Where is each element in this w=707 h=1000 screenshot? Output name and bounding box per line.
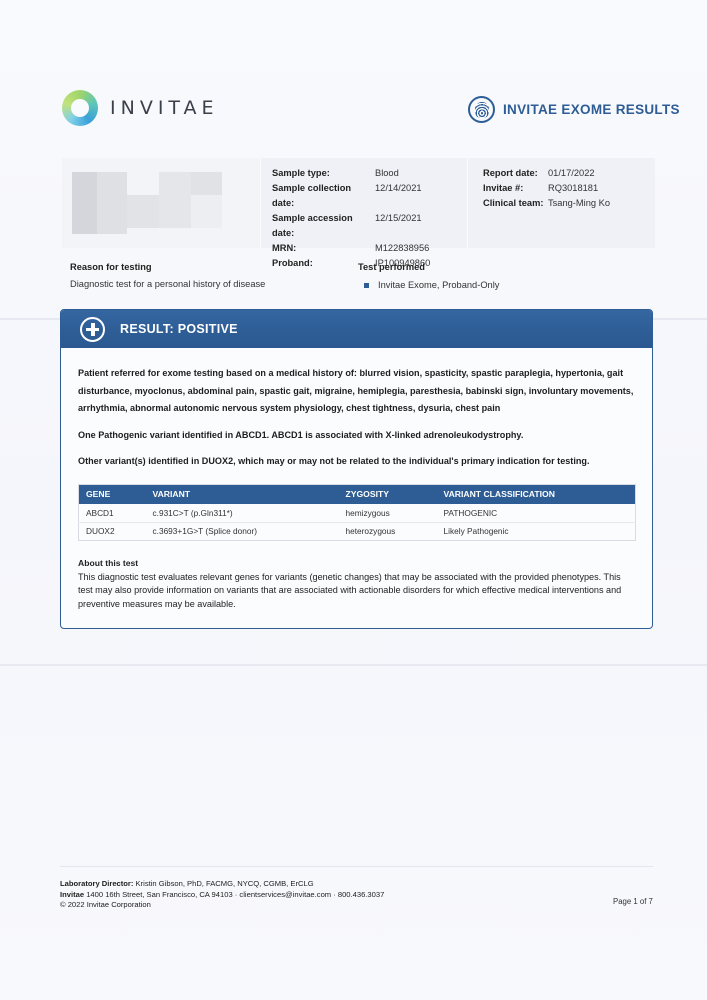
info-row: Report date:01/17/2022	[483, 166, 655, 181]
logo-text: INVITAE	[110, 97, 219, 119]
cell-zygosity: heterozygous	[339, 522, 437, 540]
invitae-ring-icon	[62, 90, 98, 126]
result-secondary-finding: Other variant(s) identified in DUOX2, wh…	[78, 453, 635, 471]
table-row: ABCD1 c.931C>T (p.Gln311*) hemizygous PA…	[79, 504, 636, 522]
footer: Laboratory Director: Kristin Gibson, PhD…	[60, 879, 384, 911]
plus-circle-icon	[80, 317, 105, 342]
test-performed-item: Invitae Exome, Proband-Only	[364, 280, 499, 290]
result-summary: Patient referred for exome testing based…	[78, 365, 635, 418]
info-row: Sample accession date:12/15/2021	[272, 211, 467, 241]
company-address: Invitae 1400 16th Street, San Francisco,…	[60, 890, 384, 901]
result-body: Patient referred for exome testing based…	[61, 348, 652, 611]
report-info: Report date:01/17/2022 Invitae #:RQ30181…	[467, 158, 655, 248]
info-row: MRN:M122838956	[272, 241, 467, 256]
bullet-icon	[364, 283, 369, 288]
info-row: Invitae #:RQ3018181	[483, 181, 655, 196]
reason-label: Reason for testing	[70, 262, 152, 272]
variants-table: GENE VARIANT ZYGOSITY VARIANT CLASSIFICA…	[78, 484, 636, 541]
report-page: INVITAE INVITAE EXOME RESULTS Sample typ…	[0, 0, 707, 1000]
about-label: About this test	[78, 558, 635, 568]
header-variant: VARIANT	[146, 484, 339, 504]
reason-text: Diagnostic test for a personal history o…	[70, 279, 265, 289]
redacted-patient-name	[62, 158, 260, 248]
result-header: RESULT: POSITIVE	[61, 310, 652, 348]
fingerprint-icon	[468, 96, 495, 123]
about-text: This diagnostic test evaluates relevant …	[78, 571, 635, 612]
header-classification: VARIANT CLASSIFICATION	[437, 484, 636, 504]
cell-zygosity: hemizygous	[339, 504, 437, 522]
cell-gene: DUOX2	[79, 522, 146, 540]
header-gene: GENE	[79, 484, 146, 504]
paper-fold-line	[0, 664, 707, 666]
footer-divider	[60, 866, 653, 867]
page-number: Page 1 of 7	[613, 897, 653, 906]
lab-director: Laboratory Director: Kristin Gibson, PhD…	[60, 879, 384, 890]
patient-info-panel: Sample type:Blood Sample collection date…	[62, 158, 655, 248]
invitae-logo: INVITAE	[62, 90, 219, 126]
result-title: RESULT: POSITIVE	[120, 322, 238, 336]
cell-classification: PATHOGENIC	[437, 504, 636, 522]
result-primary-finding: One Pathogenic variant identified in ABC…	[78, 427, 635, 445]
cell-variant: c.3693+1G>T (Splice donor)	[146, 522, 339, 540]
cell-gene: ABCD1	[79, 504, 146, 522]
info-row: Sample collection date:12/14/2021	[272, 181, 467, 211]
result-box: RESULT: POSITIVE Patient referred for ex…	[60, 309, 653, 629]
copyright: © 2022 Invitae Corporation	[60, 900, 384, 911]
test-performed-label: Test performed	[358, 262, 425, 272]
table-header-row: GENE VARIANT ZYGOSITY VARIANT CLASSIFICA…	[79, 484, 636, 504]
cell-variant: c.931C>T (p.Gln311*)	[146, 504, 339, 522]
cell-classification: Likely Pathogenic	[437, 522, 636, 540]
report-title: INVITAE EXOME RESULTS	[468, 96, 680, 123]
report-title-text: INVITAE EXOME RESULTS	[503, 102, 680, 117]
table-row: DUOX2 c.3693+1G>T (Splice donor) heteroz…	[79, 522, 636, 540]
info-row: Clinical team:Tsang-Ming Ko	[483, 196, 655, 211]
info-row: Sample type:Blood	[272, 166, 467, 181]
sample-info: Sample type:Blood Sample collection date…	[260, 158, 467, 248]
header-zygosity: ZYGOSITY	[339, 484, 437, 504]
